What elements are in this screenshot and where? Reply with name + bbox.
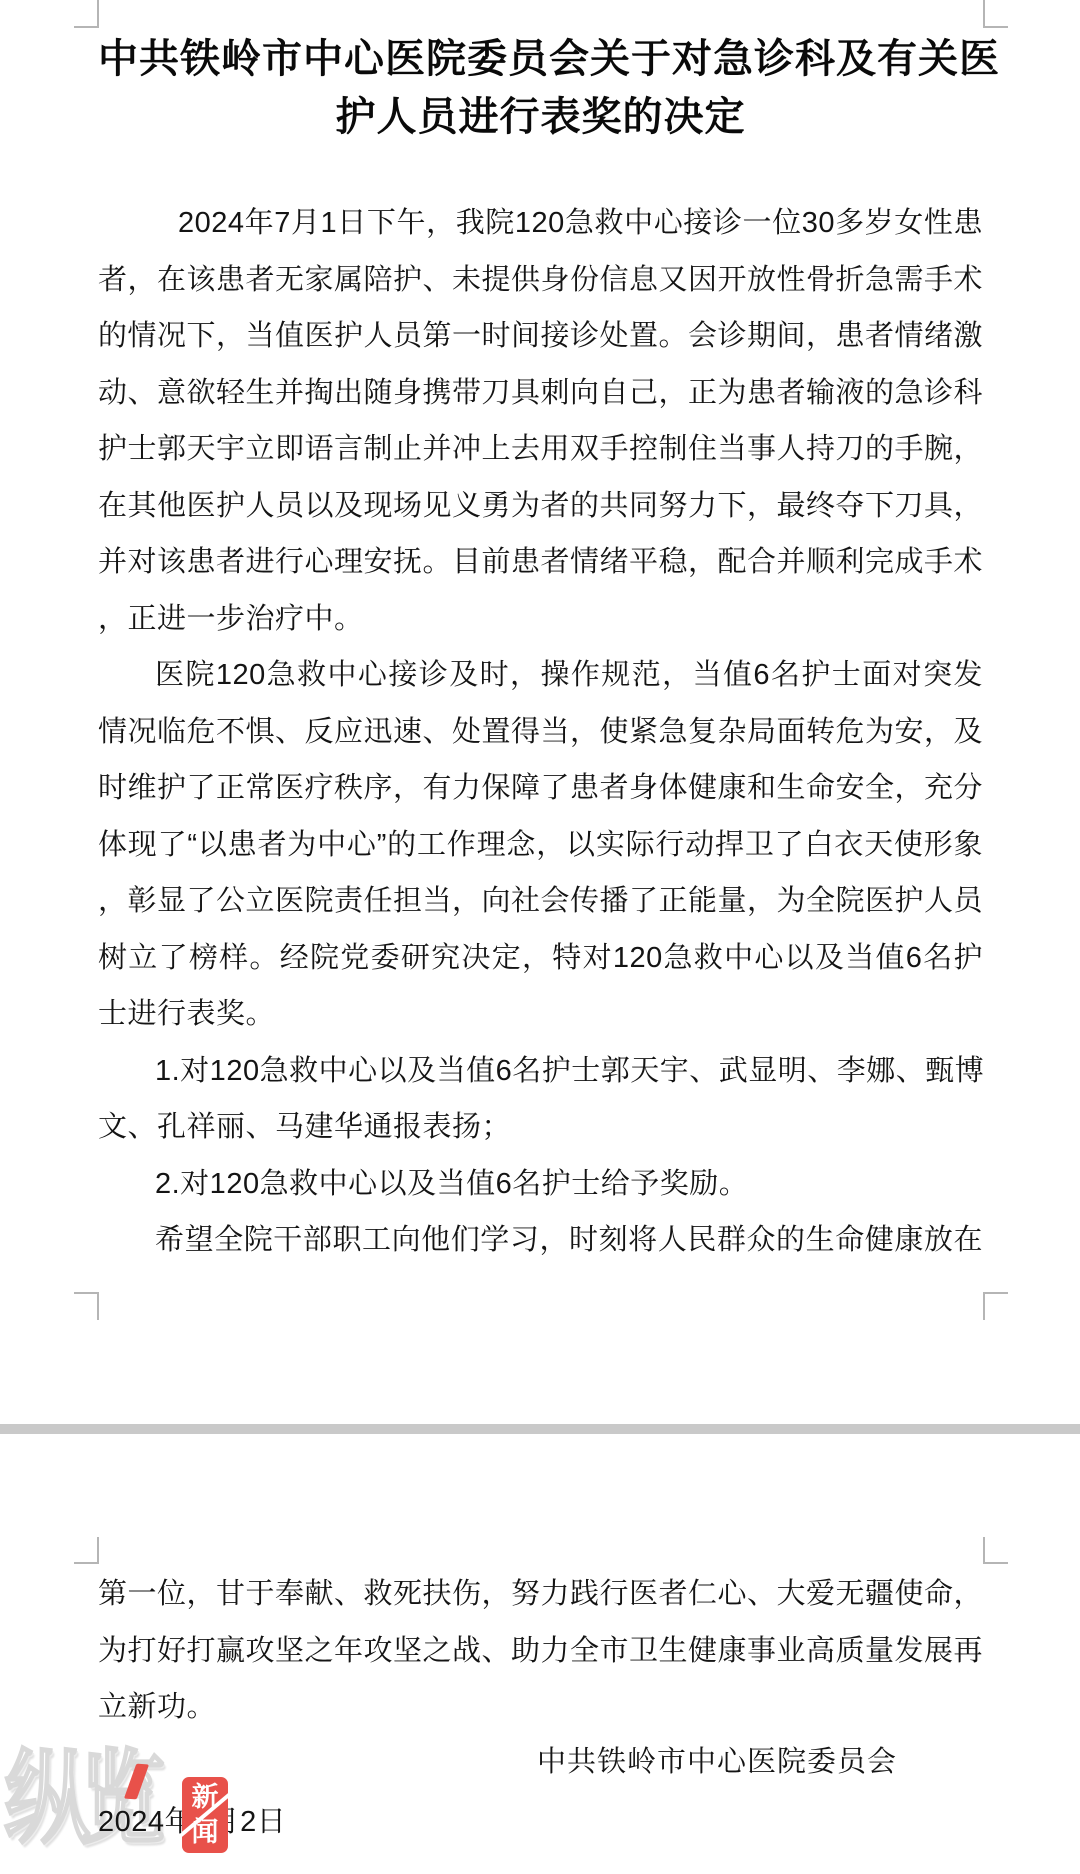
crop-mark-page2-top-right [983,1537,1008,1564]
document-text-line: 希望全院干部职工向他们学习，时刻将人民群众的生命健康放在 [98,1212,983,1269]
document-title-line-2: 护人员进行表奖的决定 [98,88,983,146]
crop-mark-page1-top-right [983,0,1008,28]
document-text-line: 树立了榜样。经院党委研究决定，特对120急救中心以及当值6名护 [98,930,983,987]
document-text-line: 时维护了正常医疗秩序，有力保障了患者身体健康和生命安全，充分 [98,760,983,817]
badge-char-bottom: 闻 [182,1819,228,1846]
document-text-line: 在其他医护人员以及现场见义勇为者的共同努力下，最终夺下刀具， [98,478,983,535]
document-text-line: 文、孔祥丽、马建华通报表扬； [98,1099,983,1156]
document-page: 中共铁岭市中心医院委员会关于对急诊科及有关医 护人员进行表奖的决定 2024年7… [0,0,1080,1874]
crop-mark-page1-top-left [74,0,99,28]
document-text-line: ，彰显了公立医院责任担当，向社会传播了正能量，为全院医护人员 [98,873,983,930]
document-text-line: 医院120急救中心接诊及时，操作规范，当值6名护士面对突发 [98,647,983,704]
signature: 中共铁岭市中心医院委员会 [537,1734,897,1790]
zonglan-news-badge: 新 闻 [182,1777,228,1853]
document-title-line-1: 中共铁岭市中心医院委员会关于对急诊科及有关医 [98,30,983,88]
document-text-line: 体现了“以患者为中心”的工作理念，以实际行动捍卫了白衣天使形象 [98,817,983,874]
document-text-line: 2.对120急救中心以及当值6名护士给予奖励。 [98,1156,983,1213]
document-text-line: 士进行表奖。 [98,986,983,1043]
page-separator [0,1424,1080,1434]
document-text-line: 2024年7月1日下午，我院120急救中心接诊一位30多岁女性患 [98,195,983,252]
document-text-line: 者，在该患者无家属陪护、未提供身份信息又因开放性骨折急需手术 [98,252,983,309]
document-text-line: 第一位，甘于奉献、救死扶伤，努力践行医者仁心、大爱无疆使命， [98,1566,983,1623]
document-text-line: ，正进一步治疗中。 [98,591,983,648]
document-text-line: 动、意欲轻生并掏出随身携带刀具刺向自己，正为患者输液的急诊科 [98,365,983,422]
crop-mark-page2-top-left [74,1537,99,1564]
document-text-line: 立新功。 [98,1679,983,1736]
crop-mark-page1-bottom-right [983,1292,1008,1320]
document-text-line: 1.对120急救中心以及当值6名护士郭天宇、武显明、李娜、甄博 [98,1043,983,1100]
crop-mark-page1-bottom-left [74,1292,99,1320]
document-text-line: 为打好打赢攻坚之年攻坚之战、助力全市卫生健康事业高质量发展再 [98,1623,983,1680]
document-text-line: 护士郭天宇立即语言制止并冲上去用双手控制住当事人持刀的手腕， [98,421,983,478]
document-text-line: 并对该患者进行心理安抚。目前患者情绪平稳，配合并顺利完成手术 [98,534,983,591]
document-text-line: 的情况下，当值医护人员第一时间接诊处置。会诊期间，患者情绪激 [98,308,983,365]
document-text-line: 情况临危不惧、反应迅速、处置得当，使紧急复杂局面转危为安，及 [98,704,983,761]
